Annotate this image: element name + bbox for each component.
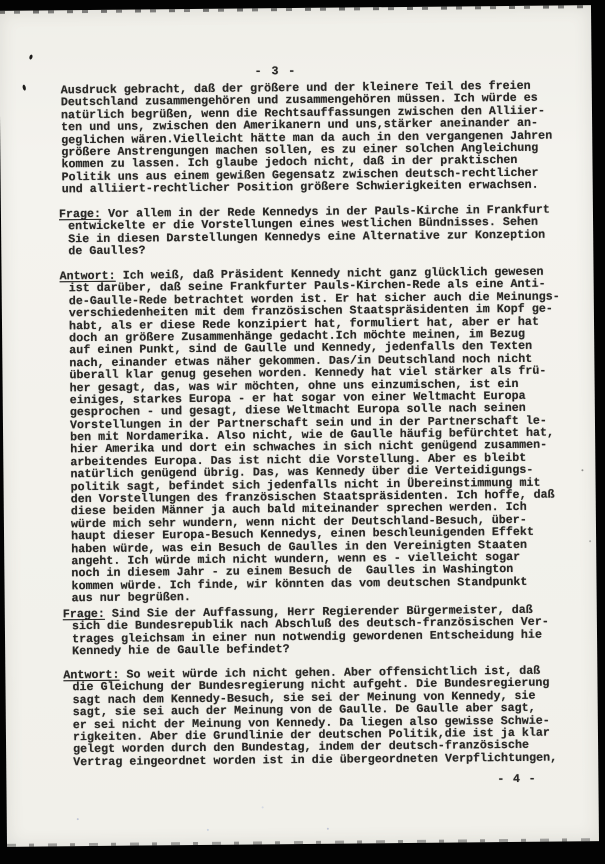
page-number-top: - 3 -: [255, 64, 297, 78]
ink-speck: [589, 540, 591, 542]
scan-background: - 3 - Ausdruck gebracht, daß der größere…: [0, 0, 605, 864]
ink-speck: [581, 469, 583, 471]
text-line: und alliiert-rechtlicher Position größer…: [62, 179, 553, 196]
question-1: Frage: Vor allem in der Rede Kennedys in…: [59, 204, 550, 258]
answer-1: Antwort: Ich weiß, daß Präsident Kennedy…: [59, 265, 562, 604]
scan-noise-dot: [77, 818, 79, 820]
ink-speck: [448, 224, 450, 226]
scan-noise-dot: [327, 828, 329, 830]
ink-speck: [29, 54, 33, 60]
answer-2: Antwort: So weit würde ich nicht gehen. …: [63, 665, 557, 769]
ink-speck: [22, 84, 26, 91]
paragraph-intro: Ausdruck gebracht, daß der größere und d…: [61, 80, 553, 196]
scan-noise-dot: [262, 806, 264, 808]
page-number-bottom: - 4 -: [497, 772, 536, 786]
scan-noise-dot: [207, 829, 209, 831]
question-2: Frage: Sind Sie der Auffassung, Herr Reg…: [63, 604, 549, 658]
scan-noise-dot: [120, 106, 122, 108]
document-page: - 3 - Ausdruck gebracht, daß der größere…: [0, 5, 599, 847]
text-line: Vertrag eingeordnet worden ist in die üb…: [64, 751, 557, 768]
